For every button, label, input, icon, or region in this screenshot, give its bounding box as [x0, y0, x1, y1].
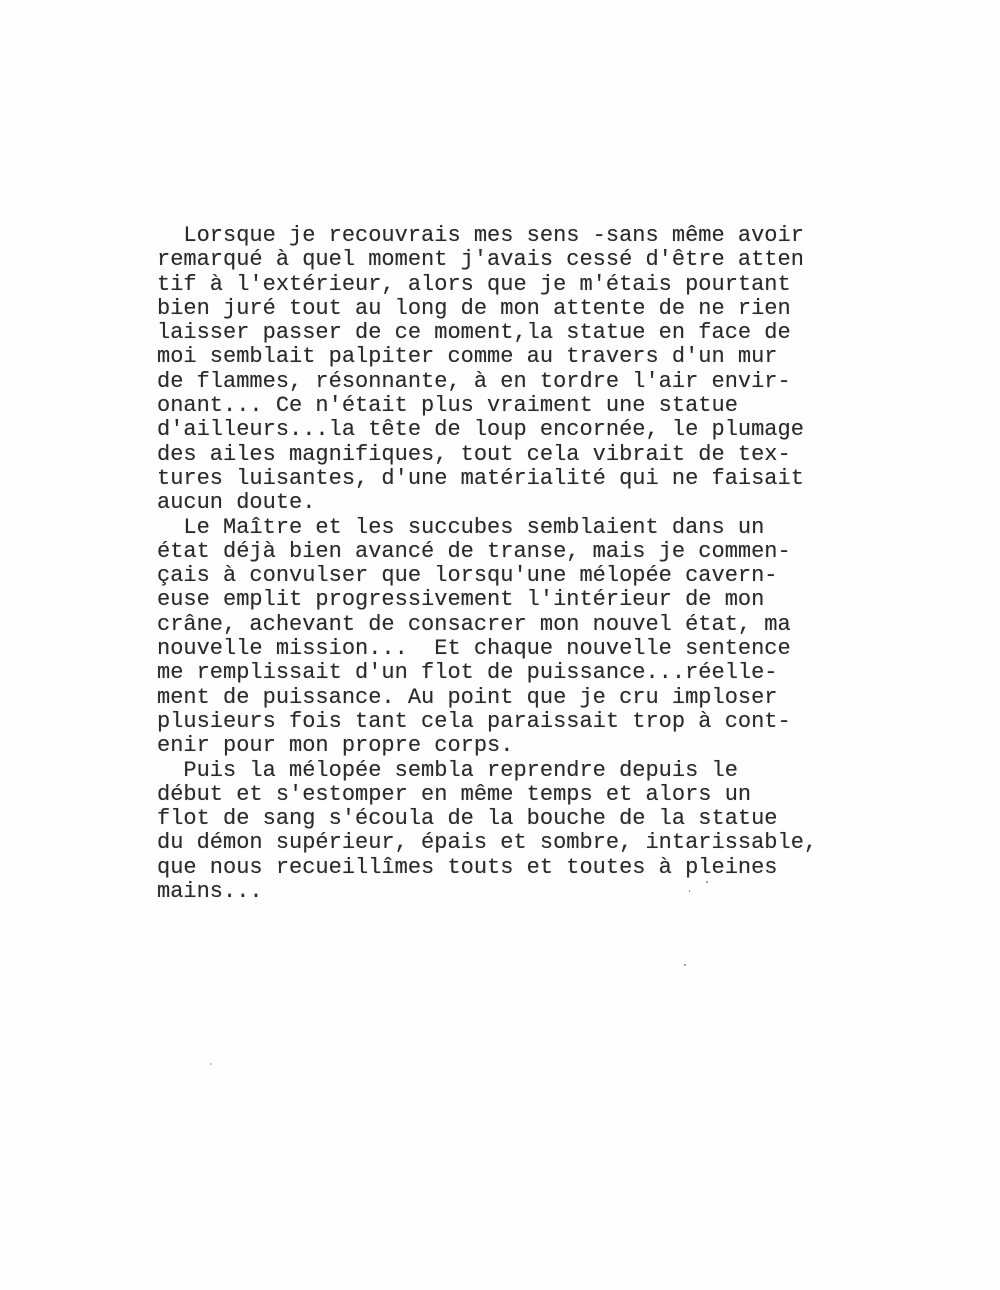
text-line: me remplissait d'un flot de puissance...…	[157, 661, 877, 685]
text-line: mains...	[157, 880, 877, 904]
text-line: état déjà bien avancé de transe, mais je…	[157, 540, 877, 564]
text-line: que nous recueillîmes touts et toutes à …	[157, 856, 877, 880]
text-line: ment de puissance. Au point que je cru i…	[157, 686, 877, 710]
text-line: tif à l'extérieur, alors que je m'étais …	[157, 273, 877, 297]
text-line: enir pour mon propre corps.	[157, 734, 877, 758]
text-line: çais à convulser que lorsqu'une mélopée …	[157, 564, 877, 588]
ink-speck	[706, 881, 708, 883]
text-line: de flammes, résonnante, à en tordre l'ai…	[157, 370, 877, 394]
text-line: des ailes magnifiques, tout cela vibrait…	[157, 443, 877, 467]
text-line: moi semblait palpiter comme au travers d…	[157, 345, 877, 369]
text-line: onant... Ce n'était plus vraiment une st…	[157, 394, 877, 418]
text-line: tures luisantes, d'une matérialité qui n…	[157, 467, 877, 491]
text-line: Le Maître et les succubes semblaient dan…	[157, 516, 877, 540]
text-line: Lorsque je recouvrais mes sens -sans mêm…	[157, 224, 877, 248]
text-line: début et s'estomper en même temps et alo…	[157, 783, 877, 807]
text-line: laisser passer de ce moment,la statue en…	[157, 321, 877, 345]
text-line: bien juré tout au long de mon attente de…	[157, 297, 877, 321]
text-line: du démon supérieur, épais et sombre, int…	[157, 831, 877, 855]
text-line: plusieurs fois tant cela paraissait trop…	[157, 710, 877, 734]
text-line: aucun doute.	[157, 491, 877, 515]
ink-speck	[689, 890, 690, 892]
typewritten-page: Lorsque je recouvrais mes sens -sans mêm…	[0, 0, 1000, 1290]
text-line: remarqué à quel moment j'avais cessé d'ê…	[157, 248, 877, 272]
text-line: euse emplit progressivement l'intérieur …	[157, 588, 877, 612]
ink-speck	[684, 964, 686, 966]
text-line: d'ailleurs...la tête de loup encornée, l…	[157, 418, 877, 442]
text-line: Puis la mélopée sembla reprendre depuis …	[157, 759, 877, 783]
text-line: crâne, achevant de consacrer mon nouvel …	[157, 613, 877, 637]
text-line: nouvelle mission... Et chaque nouvelle s…	[157, 637, 877, 661]
text-line: flot de sang s'écoula de la bouche de la…	[157, 807, 877, 831]
typewritten-text-block: Lorsque je recouvrais mes sens -sans mêm…	[157, 224, 877, 904]
ink-speck	[210, 1063, 212, 1065]
